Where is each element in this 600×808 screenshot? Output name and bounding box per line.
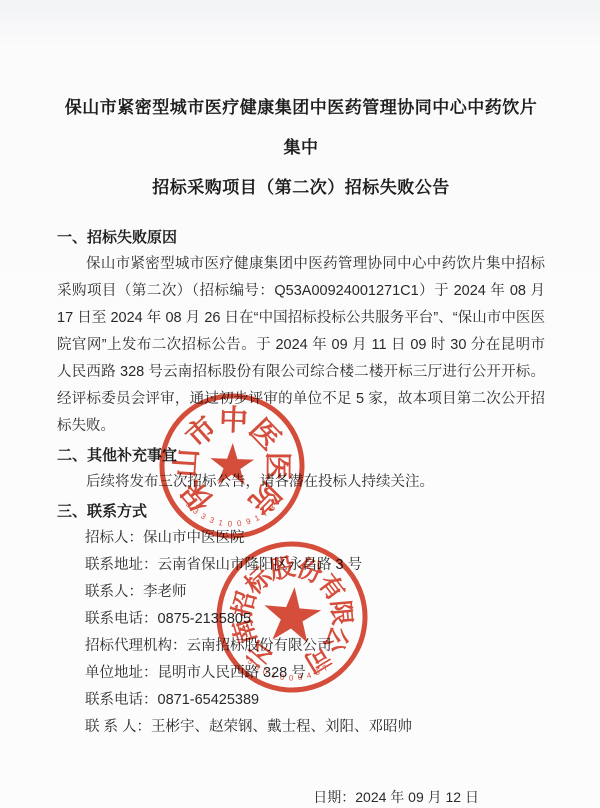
contact-line: 联系电话：0875-2135805 [85,606,545,633]
supplementary-paragraph: 后续将发布三次招标公告，请各潜在投标人持续关注。 [57,469,545,496]
title-line-1: 保山市紧密型城市医疗健康集团中医药管理协同中心中药饮片集中 [65,98,538,157]
notice-body: 保山市紧密型城市医疗健康集团中医药管理协同中心中药饮片集中 招标采购项目（第二次… [0,0,600,807]
contact-line: 招标人：保山市中医医院 [85,525,545,552]
scanned-notice-page: 保山市紧密型城市医疗健康集团中医药管理协同中心中药饮片集中 招标采购项目（第二次… [0,0,600,808]
failure-reason-paragraph: 保山市紧密型城市医疗健康集团中医药管理协同中心中药饮片集中招标采购项目（第二次）… [57,251,545,440]
section-heading-contact: 三、联系方式 [57,498,545,525]
contact-line: 招标代理机构：云南招标股份有限公司 [85,633,545,660]
title-line-2: 招标采购项目（第二次）招标失败公告 [152,178,450,197]
contact-line: 单位地址：昆明市人民西路 328 号 [85,660,545,687]
contact-line: 联系人：李老师 [85,579,545,606]
section-failure-reason: 一、招标失败原因 保山市紧密型城市医疗健康集团中医药管理协同中心中药饮片集中招标… [57,224,545,440]
date-line: 日期：2024 年 09 月 12 日 [57,787,545,807]
section-heading-supplementary: 二、其他补充事宜 [57,442,545,469]
contact-info-list: 招标人：保山市中医医院联系地址：云南省保山市隆阳区永昌路 3 号联系人：李老师联… [57,525,545,741]
contact-line: 联系地址：云南省保山市隆阳区永昌路 3 号 [85,552,545,579]
section-supplementary: 二、其他补充事宜 后续将发布三次招标公告，请各潜在投标人持续关注。 [57,442,545,496]
section-contact: 三、联系方式 招标人：保山市中医医院联系地址：云南省保山市隆阳区永昌路 3 号联… [57,498,545,741]
page-title: 保山市紧密型城市医疗健康集团中医药管理协同中心中药饮片集中 招标采购项目（第二次… [57,88,545,208]
section-heading-failure-reason: 一、招标失败原因 [57,224,545,251]
contact-line: 联系电话：0871-65425389 [85,687,545,714]
contact-line: 联 系 人：王彬宇、赵荣钢、戴士程、刘阳、邓昭帅 [85,714,545,741]
